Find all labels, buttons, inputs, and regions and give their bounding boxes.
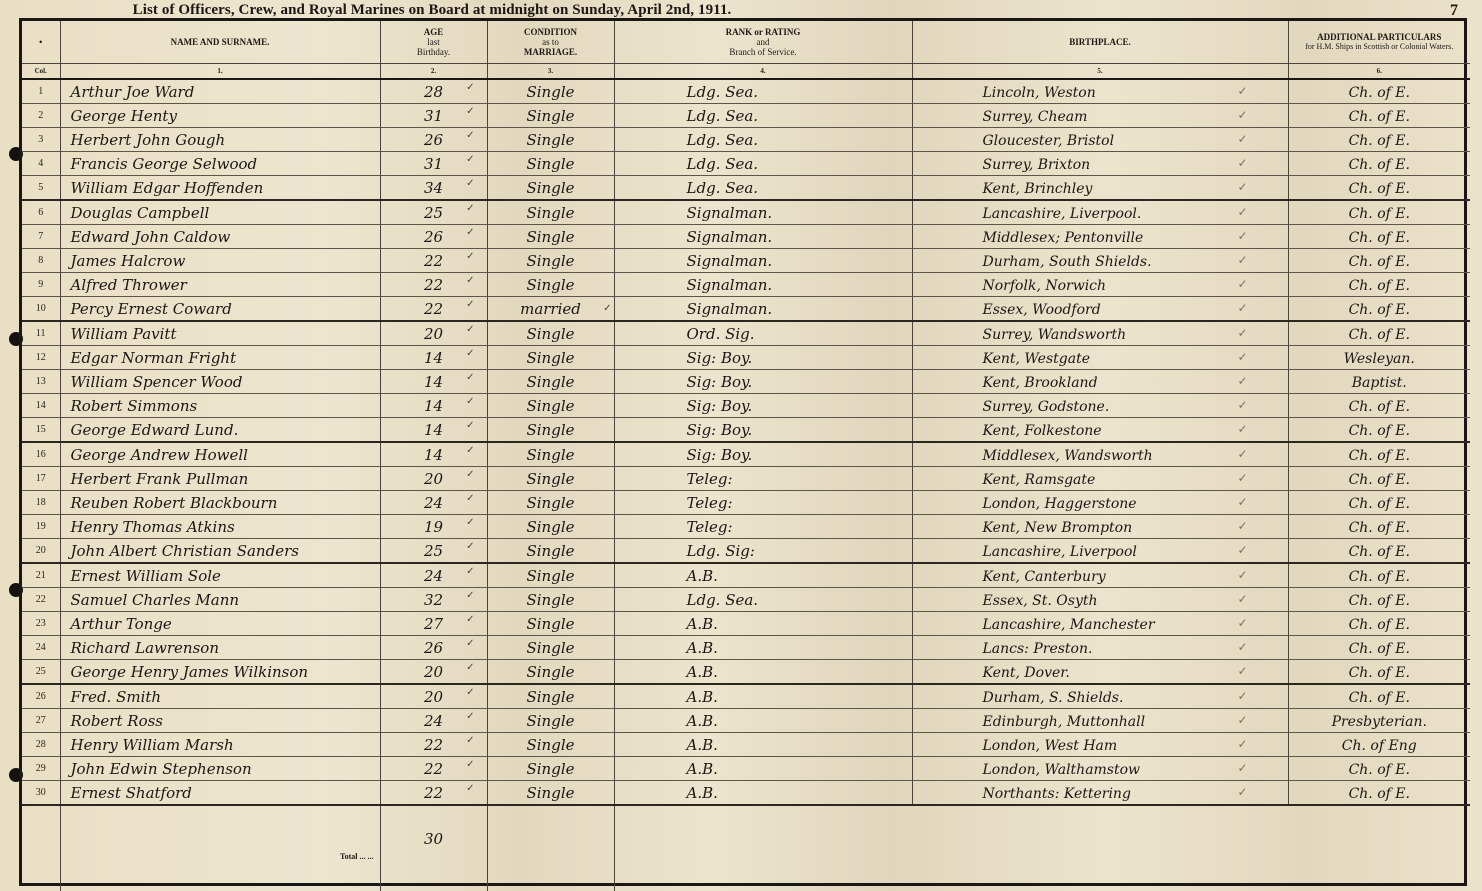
person-name: George Henty xyxy=(61,107,177,127)
additional-cell: Ch. of E. xyxy=(1288,491,1470,515)
condition-value: Single xyxy=(526,228,574,248)
additional-value: Ch. of E. xyxy=(1349,327,1410,345)
condition-value: Single xyxy=(526,470,574,490)
additional-cell: Ch. of E. xyxy=(1288,104,1470,128)
person-name: Ernest William Sole xyxy=(61,567,221,587)
condition-value: Single xyxy=(526,688,574,708)
birthplace-value: Lancashire, Manchester xyxy=(913,617,1155,635)
check-mark-icon: ✓ xyxy=(1237,301,1247,315)
rank-cell: A.B. xyxy=(614,781,912,806)
person-name: Henry William Marsh xyxy=(61,736,234,756)
rank-value: A.B. xyxy=(615,736,718,756)
table-row: 9Alfred Thrower22✓SingleSignalman.Norfol… xyxy=(22,273,1470,297)
age-header: AGE last Birthday. xyxy=(380,21,487,64)
check-mark-icon: ✓ xyxy=(466,590,474,601)
check-mark-icon: ✓ xyxy=(1237,156,1247,170)
age-value: 28 xyxy=(424,83,443,103)
additional-value: Ch. of E. xyxy=(1349,85,1410,103)
additional-value: Ch. of E. xyxy=(1349,230,1410,248)
condition-cell: Single xyxy=(487,491,614,515)
rank-value: A.B. xyxy=(615,784,718,804)
header-row: • NAME AND SURNAME. AGE last Birthday. C… xyxy=(22,21,1470,64)
col-number-5: 5. xyxy=(912,64,1288,80)
check-mark-icon: ✓ xyxy=(466,227,474,238)
check-mark-icon: ✓ xyxy=(1237,664,1247,678)
person-name: Robert Simmons xyxy=(61,397,198,417)
age-cell: 28✓ xyxy=(380,79,487,104)
rank-cell: A.B. xyxy=(614,757,912,781)
additional-value: Presbyterian. xyxy=(1332,714,1427,732)
condition-value: Single xyxy=(526,276,574,296)
row-number: 16 xyxy=(22,442,60,467)
age-cell: 14✓ xyxy=(380,418,487,443)
col-number-1: 1. xyxy=(60,64,380,80)
condition-value: Single xyxy=(526,760,574,780)
rank-value: Teleg: xyxy=(615,494,733,514)
condition-header: CONDITION as to MARRIAGE. xyxy=(487,21,614,64)
condition-value: Single xyxy=(526,325,574,345)
age-value: 19 xyxy=(424,518,443,538)
check-mark-icon: ✓ xyxy=(1237,374,1247,388)
check-mark-icon: ✓ xyxy=(466,396,474,407)
check-mark-icon: ✓ xyxy=(466,178,474,189)
age-value: 34 xyxy=(424,179,443,199)
check-mark-icon: ✓ xyxy=(466,203,474,214)
additional-value: Ch. of E. xyxy=(1349,157,1410,175)
birthplace-cell: Kent, Brinchley✓ xyxy=(912,176,1288,201)
age-cell: 24✓ xyxy=(380,563,487,588)
age-value: 24 xyxy=(424,567,443,587)
check-mark-icon: ✓ xyxy=(1237,568,1247,582)
check-mark-icon: ✓ xyxy=(1237,713,1247,727)
additional-cell: Ch. of E. xyxy=(1288,636,1470,660)
birthplace-value: London, West Ham xyxy=(913,738,1118,756)
condition-value: Single xyxy=(526,179,574,199)
table-row: 11William Pavitt20✓SingleOrd. Sig.Surrey… xyxy=(22,321,1470,346)
rank-header: RANK or RATING and Branch of Service. xyxy=(614,21,912,64)
rank-cell: Sig: Boy. xyxy=(614,346,912,370)
table-row: 10Percy Ernest Coward22✓married✓Signalma… xyxy=(22,297,1470,322)
condition-value: Single xyxy=(526,349,574,369)
birthplace-value: Edinburgh, Muttonhall xyxy=(913,714,1146,732)
additional-value: Ch. of E. xyxy=(1349,569,1410,587)
birthplace-cell: Kent, Canterbury✓ xyxy=(912,563,1288,588)
age-value: 20 xyxy=(424,688,443,708)
additional-value: Ch. of E. xyxy=(1349,641,1410,659)
additional-cell: Baptist. xyxy=(1288,370,1470,394)
table-row: 18Reuben Robert Blackbourn24✓SingleTeleg… xyxy=(22,491,1470,515)
age-cell: 32✓ xyxy=(380,588,487,612)
age-value: 26 xyxy=(424,228,443,248)
table-row: 4Francis George Selwood31✓SingleLdg. Sea… xyxy=(22,152,1470,176)
condition-cell: married✓ xyxy=(487,297,614,322)
condition-cell: Single xyxy=(487,225,614,249)
table-row: 19Henry Thomas Atkins19✓SingleTeleg:Kent… xyxy=(22,515,1470,539)
additional-value: Ch. of E. xyxy=(1349,181,1410,199)
name-cell: James Halcrow xyxy=(60,249,380,273)
rank-value: Ldg. Sea. xyxy=(615,591,759,611)
check-mark-icon: ✓ xyxy=(466,493,474,504)
name-cell: Ernest Shatford xyxy=(60,781,380,806)
birthplace-cell: Edinburgh, Muttonhall✓ xyxy=(912,709,1288,733)
person-name: Percy Ernest Coward xyxy=(61,300,232,320)
additional-value: Ch. of E. xyxy=(1349,593,1410,611)
age-cell: 22✓ xyxy=(380,273,487,297)
rank-value: Sig: Boy. xyxy=(615,446,753,466)
birthplace-value: London, Walthamstow xyxy=(913,762,1141,780)
age-cell: 22✓ xyxy=(380,757,487,781)
table-row: 3Herbert John Gough26✓SingleLdg. Sea.Glo… xyxy=(22,128,1470,152)
check-mark-icon: ✓ xyxy=(1237,761,1247,775)
age-cell: 24✓ xyxy=(380,709,487,733)
person-name: William Edgar Hoffenden xyxy=(61,179,264,199)
page-title: List of Officers, Crew, and Royal Marine… xyxy=(72,2,792,19)
condition-cell: Single xyxy=(487,394,614,418)
person-name: George Andrew Howell xyxy=(61,446,248,466)
check-mark-icon: ✓ xyxy=(1237,350,1247,364)
rank-value: Signalman. xyxy=(615,228,773,248)
birthplace-value: Surrey, Cheam xyxy=(913,109,1088,127)
birthplace-cell: Gloucester, Bristol✓ xyxy=(912,128,1288,152)
name-cell: John Edwin Stephenson xyxy=(60,757,380,781)
row-number: 19 xyxy=(22,515,60,539)
additional-value: Ch. of E. xyxy=(1349,109,1410,127)
birthplace-header: BIRTHPLACE. xyxy=(912,21,1288,64)
name-cell: John Albert Christian Sanders xyxy=(60,539,380,564)
col-marker-header: • xyxy=(22,21,60,64)
age-value: 25 xyxy=(424,204,443,224)
birthplace-cell: Lancashire, Manchester✓ xyxy=(912,612,1288,636)
birthplace-cell: Lancashire, Liverpool.✓ xyxy=(912,200,1288,225)
additional-header: ADDITIONAL PARTICULARS for H.M. Ships in… xyxy=(1288,21,1470,64)
check-mark-icon: ✓ xyxy=(1237,689,1247,703)
condition-cell: Single xyxy=(487,467,614,491)
name-cell: Ernest William Sole xyxy=(60,563,380,588)
check-mark-icon: ✓ xyxy=(466,735,474,746)
rank-cell: Ldg. Sea. xyxy=(614,128,912,152)
birthplace-value: Middlesex, Wandsworth xyxy=(913,448,1153,466)
check-mark-icon: ✓ xyxy=(1237,229,1247,243)
check-mark-icon: ✓ xyxy=(1237,616,1247,630)
check-mark-icon: ✓ xyxy=(1237,471,1247,485)
check-mark-icon: ✓ xyxy=(1237,108,1247,122)
name-cell: George Henty xyxy=(60,104,380,128)
rank-value: A.B. xyxy=(615,712,718,732)
birthplace-cell: Norfolk, Norwich✓ xyxy=(912,273,1288,297)
name-cell: Francis George Selwood xyxy=(60,152,380,176)
rank-value: Signalman. xyxy=(615,252,773,272)
rank-cell: Signalman. xyxy=(614,249,912,273)
additional-cell: Ch. of E. xyxy=(1288,128,1470,152)
birthplace-cell: Kent, Dover.✓ xyxy=(912,660,1288,685)
rank-cell: Ldg. Sea. xyxy=(614,79,912,104)
rank-cell: A.B. xyxy=(614,563,912,588)
additional-cell: Ch. of E. xyxy=(1288,297,1470,322)
person-name: Henry Thomas Atkins xyxy=(61,518,235,538)
rank-cell: A.B. xyxy=(614,636,912,660)
name-cell: Douglas Campbell xyxy=(60,200,380,225)
additional-value: Ch. of E. xyxy=(1349,133,1410,151)
additional-cell: Ch. of E. xyxy=(1288,79,1470,104)
birthplace-value: London, Haggerstone xyxy=(913,496,1137,514)
age-value: 32 xyxy=(424,591,443,611)
table-row: 17Herbert Frank Pullman20✓SingleTeleg:Ke… xyxy=(22,467,1470,491)
additional-value: Ch. of E. xyxy=(1349,448,1410,466)
condition-cell: Single xyxy=(487,418,614,443)
birthplace-cell: Lancashire, Liverpool✓ xyxy=(912,539,1288,564)
condition-cell: Single xyxy=(487,539,614,564)
table-row: 14Robert Simmons14✓SingleSig: Boy.Surrey… xyxy=(22,394,1470,418)
table-row: 22Samuel Charles Mann32✓SingleLdg. Sea.E… xyxy=(22,588,1470,612)
rank-value: Teleg: xyxy=(615,518,733,538)
table-row: 5William Edgar Hoffenden34✓SingleLdg. Se… xyxy=(22,176,1470,201)
rank-cell: A.B. xyxy=(614,612,912,636)
condition-cell: Single xyxy=(487,781,614,806)
name-cell: Robert Simmons xyxy=(60,394,380,418)
birthplace-cell: Durham, South Shields.✓ xyxy=(912,249,1288,273)
additional-cell: Ch. of E. xyxy=(1288,152,1470,176)
additional-cell: Ch. of E. xyxy=(1288,394,1470,418)
birthplace-value: Essex, Woodford xyxy=(913,302,1101,320)
rank-cell: Sig: Boy. xyxy=(614,394,912,418)
row-number: 12 xyxy=(22,346,60,370)
age-cell: 20✓ xyxy=(380,467,487,491)
birthplace-value: Lancashire, Liverpool xyxy=(913,544,1137,562)
person-name: John Albert Christian Sanders xyxy=(61,542,299,562)
check-mark-icon: ✓ xyxy=(1237,205,1247,219)
check-mark-icon: ✓ xyxy=(1237,519,1247,533)
additional-cell: Ch. of Eng xyxy=(1288,733,1470,757)
person-name: Ernest Shatford xyxy=(61,784,192,804)
table-row: 16George Andrew Howell14✓SingleSig: Boy.… xyxy=(22,442,1470,467)
condition-cell: Single xyxy=(487,249,614,273)
birthplace-value: Kent, Brookland xyxy=(913,375,1098,393)
row-number: 18 xyxy=(22,491,60,515)
condition-value: Single xyxy=(526,204,574,224)
check-mark-icon: ✓ xyxy=(466,614,474,625)
condition-value: Single xyxy=(526,373,574,393)
rank-cell: Signalman. xyxy=(614,225,912,249)
table-row: 29John Edwin Stephenson22✓SingleA.B.Lond… xyxy=(22,757,1470,781)
age-cell: 20✓ xyxy=(380,660,487,685)
age-value: 27 xyxy=(424,615,443,635)
name-cell: Alfred Thrower xyxy=(60,273,380,297)
total-label: Total ... ... xyxy=(340,852,374,861)
check-mark-icon: ✓ xyxy=(1237,737,1247,751)
column-number-row: Col. 1. 2. 3. 4. 5. 6. xyxy=(22,64,1470,80)
additional-value: Ch. of E. xyxy=(1349,665,1410,683)
age-cell: 20✓ xyxy=(380,321,487,346)
birthplace-cell: Essex, St. Osyth✓ xyxy=(912,588,1288,612)
age-value: 14 xyxy=(424,421,443,441)
row-number: 7 xyxy=(22,225,60,249)
register-sheet: • NAME AND SURNAME. AGE last Birthday. C… xyxy=(19,18,1467,886)
birthplace-cell: Middlesex; Pentonville✓ xyxy=(912,225,1288,249)
age-value: 31 xyxy=(424,107,443,127)
name-cell: Henry Thomas Atkins xyxy=(60,515,380,539)
rank-value: A.B. xyxy=(615,615,718,635)
birthplace-cell: Kent, New Brompton✓ xyxy=(912,515,1288,539)
birthplace-cell: Lincoln, Weston✓ xyxy=(912,79,1288,104)
table-row: 6Douglas Campbell25✓SingleSignalman.Lanc… xyxy=(22,200,1470,225)
rank-value: Sig: Boy. xyxy=(615,349,753,369)
row-number: 26 xyxy=(22,684,60,709)
condition-cell: Single xyxy=(487,588,614,612)
row-number: 21 xyxy=(22,563,60,588)
row-number: 9 xyxy=(22,273,60,297)
additional-cell: Ch. of E. xyxy=(1288,321,1470,346)
check-mark-icon: ✓ xyxy=(466,517,474,528)
additional-value: Ch. of E. xyxy=(1349,472,1410,490)
col-number-4: 4. xyxy=(614,64,912,80)
table-row: 28Henry William Marsh22✓SingleA.B.London… xyxy=(22,733,1470,757)
condition-value: Single xyxy=(526,155,574,175)
age-value: 31 xyxy=(424,155,443,175)
table-row: 27Robert Ross24✓SingleA.B.Edinburgh, Mut… xyxy=(22,709,1470,733)
person-name: Alfred Thrower xyxy=(61,276,187,296)
rank-cell: Sig: Boy. xyxy=(614,370,912,394)
age-cell: 22✓ xyxy=(380,249,487,273)
person-name: Herbert Frank Pullman xyxy=(61,470,249,490)
register-rows: 1Arthur Joe Ward28✓SingleLdg. Sea.Lincol… xyxy=(22,79,1470,805)
condition-value: married xyxy=(520,300,581,320)
age-value: 24 xyxy=(424,494,443,514)
age-cell: 34✓ xyxy=(380,176,487,201)
additional-value: Ch. of E. xyxy=(1349,302,1410,320)
check-mark-icon: ✓ xyxy=(1237,180,1247,194)
additional-cell: Ch. of E. xyxy=(1288,612,1470,636)
row-number: 23 xyxy=(22,612,60,636)
check-mark-icon: ✓ xyxy=(1237,422,1247,436)
rank-value: A.B. xyxy=(615,567,718,587)
person-name: George Edward Lund. xyxy=(61,421,239,441)
birthplace-value: Kent, Westgate xyxy=(913,351,1090,369)
age-value: 20 xyxy=(424,325,443,345)
condition-cell: Single xyxy=(487,273,614,297)
condition-cell: Single xyxy=(487,757,614,781)
birthplace-cell: London, Walthamstow✓ xyxy=(912,757,1288,781)
additional-cell: Ch. of E. xyxy=(1288,176,1470,201)
birthplace-value: Kent, Canterbury xyxy=(913,569,1106,587)
birthplace-cell: Kent, Ramsgate✓ xyxy=(912,467,1288,491)
check-mark-icon: ✓ xyxy=(466,324,474,335)
person-name: William Spencer Wood xyxy=(61,373,243,393)
table-row: 1Arthur Joe Ward28✓SingleLdg. Sea.Lincol… xyxy=(22,79,1470,104)
person-name: James Halcrow xyxy=(61,252,186,272)
additional-cell: Wesleyan. xyxy=(1288,346,1470,370)
additional-value: Ch. of E. xyxy=(1349,496,1410,514)
birthplace-value: Surrey, Brixton xyxy=(913,157,1091,175)
check-mark-icon: ✓ xyxy=(466,759,474,770)
age-cell: 24✓ xyxy=(380,491,487,515)
name-cell: Herbert Frank Pullman xyxy=(60,467,380,491)
row-number: 11 xyxy=(22,321,60,346)
col-number-6: 6. xyxy=(1288,64,1470,80)
condition-cell: Single xyxy=(487,733,614,757)
condition-value: Single xyxy=(526,784,574,804)
birthplace-value: Surrey, Godstone. xyxy=(913,399,1110,417)
check-mark-icon: ✓ xyxy=(466,299,474,310)
condition-cell: Single xyxy=(487,515,614,539)
birthplace-cell: Kent, Folkestone✓ xyxy=(912,418,1288,443)
person-name: Edward John Caldow xyxy=(61,228,231,248)
birthplace-value: Gloucester, Bristol xyxy=(913,133,1115,151)
check-mark-icon: ✓ xyxy=(1237,543,1247,557)
name-cell: Arthur Joe Ward xyxy=(60,79,380,104)
additional-cell: Ch. of E. xyxy=(1288,563,1470,588)
name-cell: Reuben Robert Blackbourn xyxy=(60,491,380,515)
condition-cell: Single xyxy=(487,128,614,152)
age-cell: 27✓ xyxy=(380,612,487,636)
row-number: 3 xyxy=(22,128,60,152)
condition-cell: Single xyxy=(487,346,614,370)
check-mark-icon: ✓ xyxy=(1237,447,1247,461)
name-cell: Richard Lawrenson xyxy=(60,636,380,660)
rank-cell: Ord. Sig. xyxy=(614,321,912,346)
table-row: 7Edward John Caldow26✓SingleSignalman.Mi… xyxy=(22,225,1470,249)
rank-cell: Sig: Boy. xyxy=(614,418,912,443)
table-row: 2George Henty31✓SingleLdg. Sea.Surrey, C… xyxy=(22,104,1470,128)
condition-value: Single xyxy=(526,107,574,127)
additional-value: Ch. of E. xyxy=(1349,520,1410,538)
rank-value: Ldg. Sea. xyxy=(615,155,759,175)
person-name: Samuel Charles Mann xyxy=(61,591,240,611)
age-cell: 26✓ xyxy=(380,636,487,660)
additional-value: Ch. of E. xyxy=(1349,544,1410,562)
birthplace-value: Lincoln, Weston xyxy=(913,85,1096,103)
table-row: 26Fred. Smith20✓SingleA.B.Durham, S. Shi… xyxy=(22,684,1470,709)
age-cell: 25✓ xyxy=(380,539,487,564)
age-value: 22 xyxy=(424,252,443,272)
table-row: 24Richard Lawrenson26✓SingleA.B.Lancs: P… xyxy=(22,636,1470,660)
additional-cell: Ch. of E. xyxy=(1288,200,1470,225)
table-row: 8James Halcrow22✓SingleSignalman.Durham,… xyxy=(22,249,1470,273)
age-value: 22 xyxy=(424,276,443,296)
check-mark-icon: ✓ xyxy=(466,687,474,698)
check-mark-icon: ✓ xyxy=(466,662,474,673)
condition-cell: Single xyxy=(487,660,614,685)
rank-cell: A.B. xyxy=(614,660,912,685)
check-mark-icon: ✓ xyxy=(466,445,474,456)
check-mark-icon: ✓ xyxy=(466,420,474,431)
rank-value: Ldg. Sea. xyxy=(615,83,759,103)
age-cell: 14✓ xyxy=(380,370,487,394)
name-cell: Fred. Smith xyxy=(60,684,380,709)
rank-cell: Signalman. xyxy=(614,200,912,225)
rank-cell: Ldg. Sea. xyxy=(614,104,912,128)
rank-value: Sig: Boy. xyxy=(615,421,753,441)
condition-value: Single xyxy=(526,518,574,538)
rank-cell: Ldg. Sig: xyxy=(614,539,912,564)
age-value: 14 xyxy=(424,349,443,369)
row-number: 15 xyxy=(22,418,60,443)
additional-value: Baptist. xyxy=(1352,375,1407,393)
birthplace-value: Kent, Brinchley xyxy=(913,181,1093,199)
row-number: 29 xyxy=(22,757,60,781)
additional-value: Ch. of E. xyxy=(1349,278,1410,296)
condition-cell: Single xyxy=(487,563,614,588)
birthplace-cell: London, West Ham✓ xyxy=(912,733,1288,757)
birthplace-cell: Surrey, Brixton✓ xyxy=(912,152,1288,176)
additional-cell: Ch. of E. xyxy=(1288,781,1470,806)
additional-cell: Ch. of E. xyxy=(1288,588,1470,612)
row-number: 2 xyxy=(22,104,60,128)
rank-value: Ldg. Sea. xyxy=(615,131,759,151)
birthplace-value: Kent, Ramsgate xyxy=(913,472,1096,490)
age-value: 22 xyxy=(424,300,443,320)
condition-cell: Single xyxy=(487,79,614,104)
row-number: 4 xyxy=(22,152,60,176)
